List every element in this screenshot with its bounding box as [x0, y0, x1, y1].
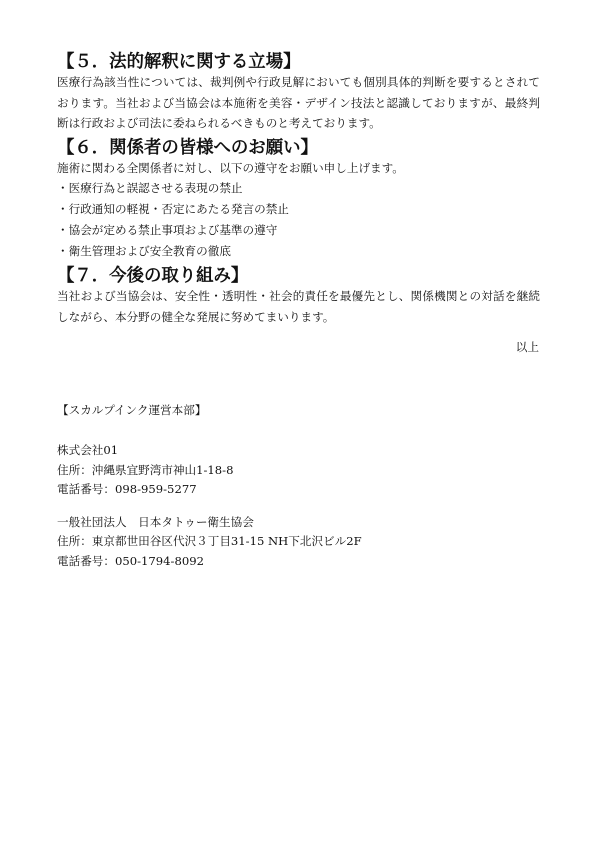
section-heading: 【７．今後の取り組み】 — [57, 266, 540, 286]
section-request-to-stakeholders: 【６．関係者の皆様へのお願い】 施術に関わる全関係者に対し、以下の遵守をお願い申… — [57, 138, 540, 263]
organization-address: 住所：東京都世田谷区代沢３丁目31-15 NH下北沢ビル2F — [57, 532, 540, 552]
organization-company: 株式会社01 住所：沖縄県宜野湾市神山1-18-8 電話番号：098-959-5… — [57, 441, 540, 500]
organization-name: 株式会社01 — [57, 441, 540, 461]
department-name: 【スカルプインク運営本部】 — [57, 400, 540, 420]
bullet-list: ・医療行為と誤認させる表現の禁止 ・行政通知の軽視・否定にあたる発言の禁止 ・協… — [57, 178, 540, 262]
organization-phone: 電話番号：050-1794-8092 — [57, 552, 540, 572]
organization-address: 住所：沖縄県宜野湾市神山1-18-8 — [57, 461, 540, 481]
closing-remark: 以上 — [57, 337, 539, 357]
document-body: 【５．法的解釈に関する立場】 医療行為該当性については、裁判例や行政見解において… — [57, 52, 540, 327]
organization-phone: 電話番号：098-959-5277 — [57, 480, 540, 500]
contact-block: 【スカルプインク運営本部】 株式会社01 住所：沖縄県宜野湾市神山1-18-8 … — [57, 400, 540, 571]
list-item: ・行政通知の軽視・否定にあたる発言の禁止 — [57, 199, 540, 220]
paragraph: 施術に関わる全関係者に対し、以下の遵守をお願い申し上げます。 — [57, 158, 540, 179]
paragraph: 当社および当協会は、安全性・透明性・社会的責任を最優先とし、関係機関との対話を継… — [57, 286, 540, 327]
section-legal-interpretation: 【５．法的解釈に関する立場】 医療行為該当性については、裁判例や行政見解において… — [57, 52, 540, 134]
section-heading: 【６．関係者の皆様へのお願い】 — [57, 138, 540, 158]
list-item: ・医療行為と誤認させる表現の禁止 — [57, 178, 540, 199]
section-future-initiatives: 【７．今後の取り組み】 当社および当協会は、安全性・透明性・社会的責任を最優先と… — [57, 266, 540, 327]
list-item: ・協会が定める禁止事項および基準の遵守 — [57, 220, 540, 241]
section-heading: 【５．法的解釈に関する立場】 — [57, 52, 540, 72]
list-item: ・衛生管理および安全教育の徹底 — [57, 241, 540, 262]
paragraph: 医療行為該当性については、裁判例や行政見解においても個別具体的判断を要するとされ… — [57, 72, 540, 134]
organization-name: 一般社団法人 日本タトゥー衛生協会 — [57, 513, 540, 533]
organization-association: 一般社団法人 日本タトゥー衛生協会 住所：東京都世田谷区代沢３丁目31-15 N… — [57, 513, 540, 572]
